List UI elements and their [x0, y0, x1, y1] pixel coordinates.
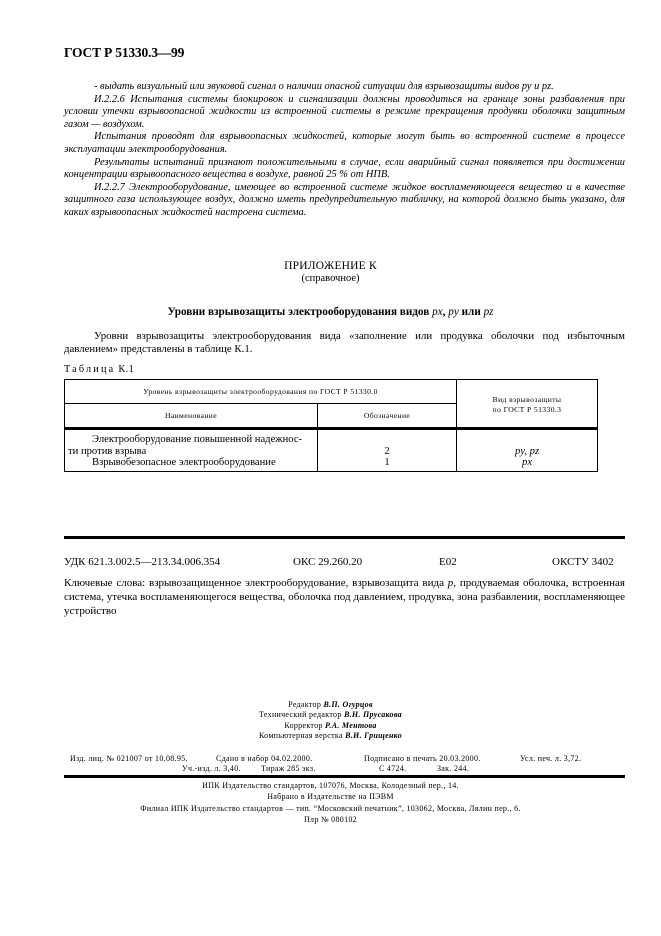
section-title: Уровни взрывозащиты электрооборудования …: [0, 306, 661, 318]
body-paragraph: И.2.2.7 Электрооборудование, имеющее во …: [64, 182, 625, 220]
table-header-row: Уровень взрывозащиты электрооборудования…: [65, 380, 598, 404]
cell-kind: px: [457, 457, 598, 471]
cell-name: Электрооборудование повышенной надежнос-…: [65, 429, 318, 458]
header-kind: Вид взрывозащиты по ГОСТ Р 51330.3: [457, 380, 598, 429]
body-paragraph: И.2.2.6 Испытания системы блокировок и с…: [64, 94, 625, 132]
cell-designation: 2: [318, 429, 457, 458]
section-title-px: px: [432, 306, 443, 318]
body-paragraph: - выдать визуальный или звуковой сигнал …: [64, 81, 625, 94]
license: Изд. лиц. № 021007 от 10.08.95.: [70, 754, 188, 763]
cell-kind: py, pz: [457, 429, 598, 458]
imprint-line: Плр № 080102: [0, 814, 661, 825]
credits: Редактор В.П. Огурцов Технический редакт…: [0, 700, 661, 742]
cell-designation: 1: [318, 457, 457, 471]
imprint-line: ИПК Издательство стандартов, 107076, Мос…: [0, 780, 661, 791]
imprint-line: Набрано в Издательстве на ПЭВМ: [0, 791, 661, 802]
credit-corrector: Корректор Р.А. Ментова: [0, 721, 661, 731]
table-caption: ТаблицаК.1: [64, 364, 134, 375]
keywords-text: взрывозащищенное электрооборудование, вз…: [145, 577, 448, 589]
header-kind-line2: по ГОСТ Р 51330.3: [457, 405, 597, 415]
category-code: Е02: [439, 556, 457, 568]
credit-editor: Редактор В.П. Огурцов: [0, 700, 661, 710]
section-title-or: или: [459, 306, 484, 318]
section-title-py: py: [448, 306, 459, 318]
header-name: Наименование: [65, 404, 318, 429]
intro-paragraph: Уровни взрывозащиты электрооборудования …: [64, 330, 625, 356]
table-caption-number: К.1: [118, 364, 134, 375]
section-title-text: Уровни взрывозащиты электрооборудования …: [167, 306, 432, 318]
body-paragraph: Испытания проводят для взрывоопасных жид…: [64, 131, 625, 156]
separator-line: [64, 536, 625, 539]
circulation: Тираж 285 экз.: [261, 764, 316, 773]
signed-date: Подписано в печать 20.03.2000.: [364, 754, 481, 763]
print-sheets: Усл. печ. л. 3,72.: [520, 754, 581, 763]
levels-table: Уровень взрывозащиты электрооборудования…: [64, 379, 598, 472]
header-designation: Обозначение: [318, 404, 457, 429]
header-group: Уровень взрывозащиты электрооборудования…: [65, 380, 457, 404]
oks-code: ОКС 29.260.20: [293, 556, 362, 568]
credit-tech-editor: Технический редактор В.Н. Прусакова: [0, 710, 661, 720]
body-text: - выдать визуальный или звуковой сигнал …: [64, 81, 625, 220]
order-number: Зак. 244.: [437, 764, 469, 773]
credit-layout: Компьютерная верстка В.И. Грищенко: [0, 731, 661, 741]
keywords-label: Ключевые слова:: [64, 577, 145, 589]
body-paragraph: Результаты испытаний признают положитель…: [64, 157, 625, 182]
imprint-line: Филиал ИПК Издательство стандартов — тип…: [0, 803, 661, 814]
cell-name-line1: Электрооборудование повышенной надежнос-: [68, 434, 315, 446]
cell-name: Взрывобезопасное электрооборудование: [65, 457, 318, 471]
cell-name-line2: ти против взрыва: [68, 446, 315, 458]
imprint: ИПК Издательство стандартов, 107076, Мос…: [0, 780, 661, 826]
table-row: Электрооборудование повышенной надежнос-…: [65, 429, 598, 458]
keywords: Ключевые слова: взрывозащищенное электро…: [64, 576, 625, 618]
separator-line: [64, 775, 625, 778]
table-row: Взрывобезопасное электрооборудование 1 p…: [65, 457, 598, 471]
okstu-code: ОКСТУ 3402: [552, 556, 614, 568]
document-header: ГОСТ Р 51330.3—99: [64, 45, 184, 61]
appendix-subtitle: (справочное): [0, 273, 661, 284]
intro-text: Уровни взрывозащиты электрооборудования …: [64, 330, 625, 356]
appendix-title: ПРИЛОЖЕНИЕ К: [0, 260, 661, 272]
section-title-pz: pz: [484, 306, 494, 318]
table-caption-label: Таблица: [64, 364, 115, 375]
header-kind-line1: Вид взрывозащиты: [457, 395, 597, 405]
pub-sheets: Уч.-изд. л. 3,40.: [182, 764, 241, 773]
c-number: С 4724.: [379, 764, 406, 773]
udk-code: УДК 621.3.002.5—213.34.006.354: [64, 556, 220, 568]
submitted-date: Сдано в набор 04.02.2000.: [216, 754, 312, 763]
